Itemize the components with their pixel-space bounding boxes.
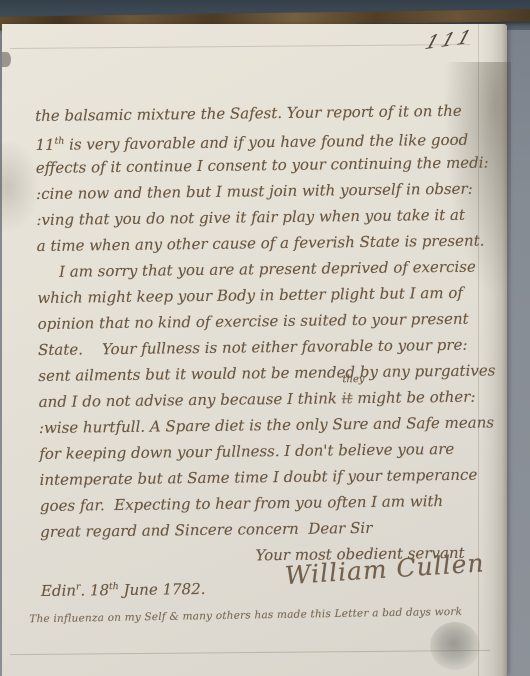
folio-number: 111 bbox=[422, 26, 477, 54]
page-corner-shadow bbox=[2, 52, 11, 67]
struck-word: it bbox=[342, 389, 353, 407]
paper-crease-bottom bbox=[10, 650, 490, 655]
line-text: 11 bbox=[35, 136, 54, 154]
superscript-ordinal: th bbox=[54, 136, 64, 147]
paper-crease-top bbox=[10, 44, 470, 49]
postscript: The influenza on my Self & many others h… bbox=[29, 598, 487, 632]
inserted-word: they bbox=[342, 375, 364, 385]
ink-smudge bbox=[430, 622, 480, 670]
date-rest: June 1782. bbox=[119, 580, 206, 599]
stain-top-left bbox=[0, 139, 40, 234]
line-text: and I do not advise any because I think bbox=[39, 389, 342, 411]
dateline: Edinr. 18th June 1782. bbox=[41, 573, 206, 604]
place: Edin bbox=[41, 582, 76, 600]
manuscript-correction: theyit bbox=[342, 385, 353, 411]
manuscript-page: 111 the balsamic mixture the Safest. You… bbox=[2, 24, 507, 676]
line-text: might be other: bbox=[352, 388, 475, 408]
page-edge-shadow bbox=[481, 24, 507, 676]
date-mid: . 18 bbox=[80, 581, 109, 599]
letter-body: the balsamic mixture the Safest. Your re… bbox=[35, 98, 487, 631]
letter-line: goes far. Expecting to hear from you oft… bbox=[40, 488, 486, 519]
superscript-day: th bbox=[109, 581, 119, 592]
